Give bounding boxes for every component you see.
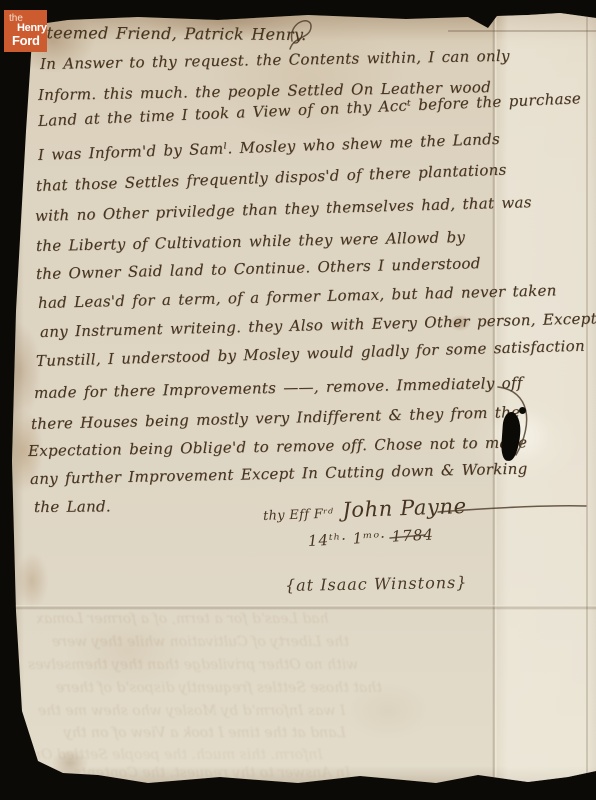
- letter-line: with no Other priviledge than they thems…: [35, 195, 532, 224]
- letter-line: the Liberty of Cultivation while they we…: [36, 230, 465, 254]
- paper-fold-highlight: [494, 11, 596, 788]
- bleedthrough-text: had Leas'd for a term, of a former Lomax: [36, 611, 329, 627]
- bleedthrough-text: that those Settles frequently dispos'd o…: [56, 680, 382, 696]
- bleedthrough-text: In Answer to thy request. the Contents: [74, 765, 350, 781]
- closing-salutation: thy Eff Fʳᵈ: [263, 507, 334, 524]
- bleedthrough-text: Inform. this much. the people Settled On: [32, 747, 323, 763]
- document-photo: Esteemed Friend, Patrick Henry. In Answe…: [0, 0, 596, 800]
- paper-right-edge: [586, 11, 588, 788]
- signature-john-payne: John Payne: [342, 494, 467, 522]
- letter-line: any Instrument writeing. they Also with …: [40, 311, 596, 340]
- letter-line: had Leas'd for a term, of a former Lomax…: [38, 283, 557, 311]
- letter-line: the Land.: [34, 499, 111, 515]
- letter-line: In Answer to thy request. the Contents w…: [40, 49, 510, 72]
- letter-line: Tunstill, I understood by Mosley would g…: [36, 339, 585, 369]
- letter-line: made for there Improvements ——, remove. …: [34, 376, 523, 401]
- fold-crease-vertical: [492, 11, 497, 788]
- paper-hole: [500, 411, 521, 461]
- letter-line: that those Settles frequently dispos'd o…: [36, 163, 507, 194]
- location-annotation: {at Isaac Winstons}: [285, 573, 468, 595]
- letter-line: the Owner Said land to Continue. Others …: [36, 256, 481, 282]
- fold-crease-horizontal: [8, 605, 596, 610]
- letter-line: Expectation being Oblige'd to remove off…: [28, 435, 528, 459]
- paper-hole-small: [519, 407, 526, 414]
- date-line: 14ᵗʰ· 1ᵐᵒ· 1784: [308, 525, 435, 550]
- logo-text-ford: Ford: [12, 33, 40, 48]
- bleedthrough-text: with no Other priviledge than they thems…: [28, 657, 358, 673]
- henry-ford-logo: the Henry Ford: [4, 10, 47, 52]
- bleedthrough-text: I was Inform'd by Mosley who shew me the: [38, 703, 345, 719]
- signature-block: thy Eff Fʳᵈ John Payne: [263, 494, 467, 525]
- letter-line: there Houses being mostly very Indiffere…: [31, 405, 521, 432]
- letter-line: Esteemed Friend, Patrick Henry.: [26, 25, 307, 43]
- manuscript-page: Esteemed Friend, Patrick Henry. In Answe…: [8, 11, 596, 788]
- fold-crease-top-right: [448, 30, 596, 32]
- letter-line: I was Inform'd by Samˡ. Mosley who shew …: [38, 132, 501, 163]
- bleedthrough-text: Land at the time I took a View of on thy: [64, 725, 346, 741]
- letter-line: any further Improvement Except In Cuttin…: [30, 462, 528, 487]
- bleedthrough-text: the Liberty of Cultivation while they we…: [52, 634, 349, 650]
